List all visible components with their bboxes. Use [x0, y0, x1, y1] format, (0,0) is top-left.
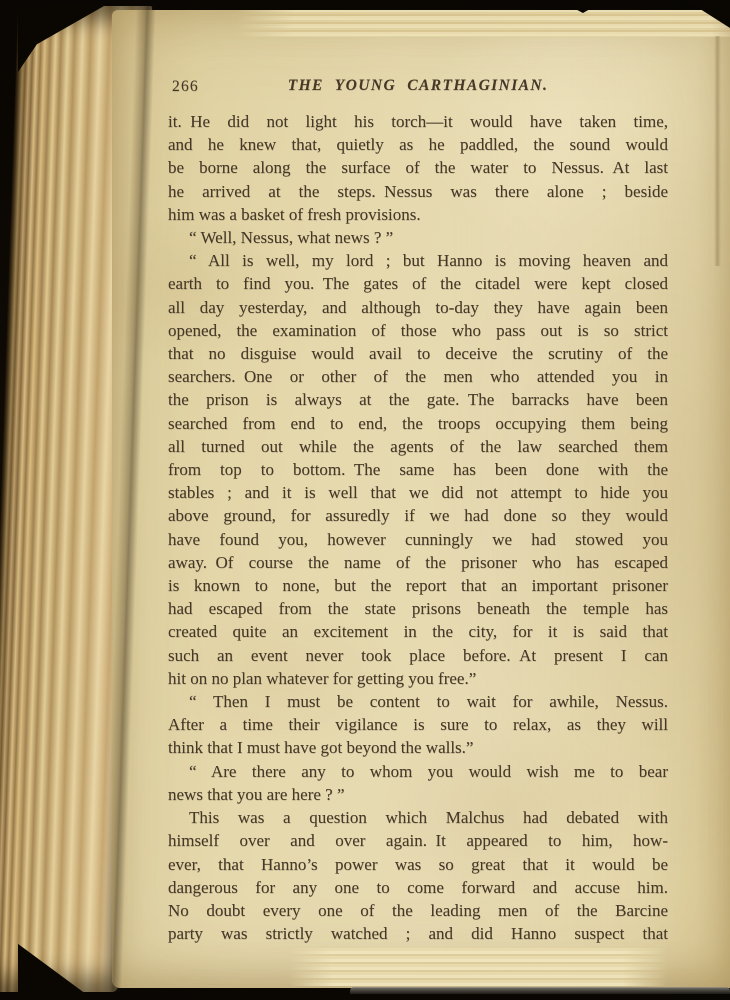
- text-line: and he knew that, quietly as he paddled,…: [168, 133, 668, 156]
- paragraph: “ Well, Nessus, what news ? ”: [168, 226, 668, 249]
- text-line: it. He did not light his torch—it would …: [168, 110, 668, 133]
- text-line: searchers. One or other of the men who a…: [168, 365, 668, 388]
- text-line: hit on no plan whatever for getting you …: [168, 667, 668, 690]
- text-line: above ground, for assuredly if we had do…: [168, 504, 668, 527]
- text-line: the prison is always at the gate. The ba…: [168, 388, 668, 411]
- text-line: earth to find you. The gates of the cita…: [168, 272, 668, 295]
- text-line: searched from end to end, the troops occ…: [168, 412, 668, 435]
- text-line: “ Then I must be content to wait for awh…: [168, 690, 668, 713]
- text-line: from top to bottom. The same has been do…: [168, 458, 668, 481]
- paragraph: This was a question which Malchus had de…: [168, 806, 668, 945]
- text-line: all day yesterday, and although to-day t…: [168, 296, 668, 319]
- paragraph: it. He did not light his torch—it would …: [168, 110, 668, 226]
- running-title: THE YOUNG CARTHAGINIAN.: [168, 74, 668, 97]
- page-number: 266: [172, 75, 199, 98]
- text-line: party was strictly watched ; and did Han…: [168, 922, 668, 945]
- text-line: that no disguise would avail to deceive …: [168, 342, 668, 365]
- text-line: dangerous for any one to come forward an…: [168, 876, 668, 899]
- text-line: news that you are here ? ”: [168, 783, 668, 806]
- paragraph: “ All is well, my lord ; but Hanno is mo…: [168, 249, 668, 690]
- text-line: opened, the examination of those who pas…: [168, 319, 668, 342]
- text-line: had escaped from the state prisons benea…: [168, 597, 668, 620]
- page-top-edges: [236, 10, 730, 37]
- paragraph: “ Are there any to whom you would wish m…: [168, 760, 668, 806]
- page-content: 266 THE YOUNG CARTHAGINIAN. it. He did n…: [168, 74, 668, 945]
- text-line: all turned out while the agents of the l…: [168, 435, 668, 458]
- text-line: “ All is well, my lord ; but Hanno is mo…: [168, 249, 668, 272]
- paragraph: “ Then I must be content to wait for awh…: [168, 690, 668, 760]
- text-line: think that I must have got beyond the wa…: [168, 736, 668, 759]
- text-line: After a time their vigilance is sure to …: [168, 713, 668, 736]
- text-line: created quite an excitement in the city,…: [168, 620, 668, 643]
- text-line: No doubt every one of the leading men of…: [168, 899, 668, 922]
- text-line: This was a question which Malchus had de…: [168, 806, 668, 829]
- text-line: himself over and over again. It appeared…: [168, 829, 668, 852]
- text-line: be borne along the surface of the water …: [168, 156, 668, 179]
- book-photo: 266 THE YOUNG CARTHAGINIAN. it. He did n…: [0, 0, 730, 1000]
- text-line: “ Well, Nessus, what news ? ”: [168, 226, 668, 249]
- text-line: “ Are there any to whom you would wish m…: [168, 760, 668, 783]
- page-header: 266 THE YOUNG CARTHAGINIAN.: [168, 74, 668, 95]
- text-line: he arrived at the steps. Nessus was ther…: [168, 180, 668, 203]
- book-cradle-shadow: [350, 987, 730, 994]
- text-line: away. Of course the name of the prisoner…: [168, 551, 668, 574]
- page-body: it. He did not light his torch—it would …: [168, 110, 668, 945]
- text-line: him was a basket of fresh provisions.: [168, 203, 668, 226]
- text-line: stables ; and it is well that we did not…: [168, 481, 668, 504]
- text-line: have found you, however cunningly we had…: [168, 528, 668, 551]
- text-line: is known to none, but the report that an…: [168, 574, 668, 597]
- page-bottom-edges: [288, 948, 668, 986]
- text-line: ever, that Hanno’s power was so great th…: [168, 853, 668, 876]
- page-right-crease: [714, 36, 721, 266]
- text-line: such an event never took place before. A…: [168, 644, 668, 667]
